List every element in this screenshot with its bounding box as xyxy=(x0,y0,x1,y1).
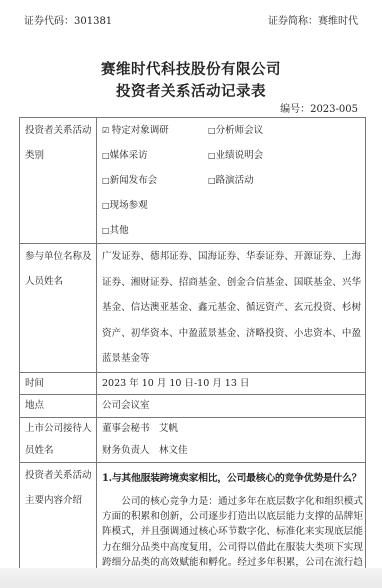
document-number: 编号：2023-005 xyxy=(280,100,358,115)
row-participants: 参与单位名称及 人员姓名 广发证券、德邦证券、国海证券、华泰证券、开源证券、上海… xyxy=(20,244,366,373)
question-1: 1.与其他服装跨境卖家相比，公司最核心的竞争优势是什么？ xyxy=(102,469,365,489)
option-other[interactable]: □其他 xyxy=(102,218,208,243)
stock-name-value: 赛维时代 xyxy=(318,16,358,27)
stock-code-value: 301381 xyxy=(74,16,112,27)
label-line: 投资者关系活动 xyxy=(25,118,96,143)
reception-person-1: 董事会秘书 艾帆 xyxy=(102,418,365,440)
row-activity-type: 投资者关系活动 类别 ☑ 特定对象调研 □分析师会议 □媒体采访 □业绩说明会 … xyxy=(20,118,366,244)
time-label: 时间 xyxy=(20,372,97,394)
option-label: 现场参观 xyxy=(110,200,148,211)
option-label: 业绩说明会 xyxy=(216,150,264,161)
option-label: 特定对象调研 xyxy=(112,125,169,136)
option-roadshow[interactable]: □路演活动 xyxy=(208,168,314,193)
label-line: 上市公司接待人 xyxy=(25,418,96,440)
reception-person-2: 财务负责人 林文佳 xyxy=(102,440,365,462)
label-line: 参与单位名称及 xyxy=(25,244,96,269)
stock-name-label: 证券简称： xyxy=(268,16,318,27)
reception-value: 董事会秘书 艾帆 财务负责人 林文佳 xyxy=(97,417,366,462)
stock-name: 证券简称：赛维时代 xyxy=(268,12,358,27)
option-media-interview[interactable]: □媒体采访 xyxy=(102,143,208,168)
option-analyst-meeting[interactable]: □分析师会议 xyxy=(208,118,314,143)
activity-type-options: ☑ 特定对象调研 □分析师会议 □媒体采访 □业绩说明会 □新闻发布会 □路演活… xyxy=(97,118,366,244)
option-label: 分析师会议 xyxy=(216,125,264,136)
option-label: 其他 xyxy=(110,225,129,236)
label-line: 类别 xyxy=(25,143,96,168)
time-value: 2023 年 10 月 10 日-10 月 13 日 xyxy=(97,372,366,394)
reception-label: 上市公司接待人 员姓名 xyxy=(20,417,97,462)
option-press-conference[interactable]: □新闻发布会 xyxy=(102,168,208,193)
checkbox-icon[interactable]: □ xyxy=(208,176,216,185)
participant-list: 广发证券、德邦证券、国海证券、华泰证券、开源证券、上海证券、湘财证券、招商基金、… xyxy=(102,244,365,372)
option-label: 新闻发布会 xyxy=(110,175,158,186)
option-specific-research[interactable]: ☑ 特定对象调研 xyxy=(102,118,208,143)
label-line: 员姓名 xyxy=(25,440,96,462)
activity-type-label: 投资者关系活动 类别 xyxy=(20,118,97,244)
checkbox-icon[interactable]: □ xyxy=(208,151,216,160)
label-line: 投资者关系活动 xyxy=(25,463,96,488)
option-label: 媒体采访 xyxy=(110,150,148,161)
row-time: 时间 2023 年 10 月 10 日-10 月 13 日 xyxy=(20,372,366,394)
checkbox-icon[interactable]: □ xyxy=(102,176,110,185)
checkbox-icon[interactable]: □ xyxy=(102,151,110,160)
label-line: 主要内容介绍 xyxy=(25,488,96,513)
participants-label: 参与单位名称及 人员姓名 xyxy=(20,244,97,373)
label-line: 人员姓名 xyxy=(25,269,96,294)
participants-value: 广发证券、德邦证券、国海证券、华泰证券、开源证券、上海证券、湘财证券、招商基金、… xyxy=(97,244,366,373)
location-value: 公司会议室 xyxy=(97,394,366,417)
option-label: 路演活动 xyxy=(216,175,254,186)
checkbox-checked-icon[interactable]: ☑ xyxy=(102,126,112,135)
location-label: 地点 xyxy=(20,394,97,417)
form-title: 投资者关系活动记录表 xyxy=(0,80,382,101)
checkbox-icon[interactable]: □ xyxy=(208,126,216,135)
page-bottom-shadow xyxy=(0,568,382,588)
company-title: 赛维时代科技股份有限公司 xyxy=(0,58,382,79)
option-earnings-briefing[interactable]: □业绩说明会 xyxy=(208,143,314,168)
row-location: 地点 公司会议室 xyxy=(20,394,366,417)
row-reception: 上市公司接待人 员姓名 董事会秘书 艾帆 财务负责人 林文佳 xyxy=(20,417,366,462)
option-site-visit[interactable]: □现场参观 xyxy=(102,193,208,218)
stock-code-label: 证券代码： xyxy=(24,16,74,27)
investor-relations-record-table: 投资者关系活动 类别 ☑ 特定对象调研 □分析师会议 □媒体采访 □业绩说明会 … xyxy=(19,117,366,588)
checkbox-icon[interactable]: □ xyxy=(102,201,110,210)
stock-code: 证券代码：301381 xyxy=(24,12,112,27)
checkbox-icon[interactable]: □ xyxy=(102,226,110,235)
